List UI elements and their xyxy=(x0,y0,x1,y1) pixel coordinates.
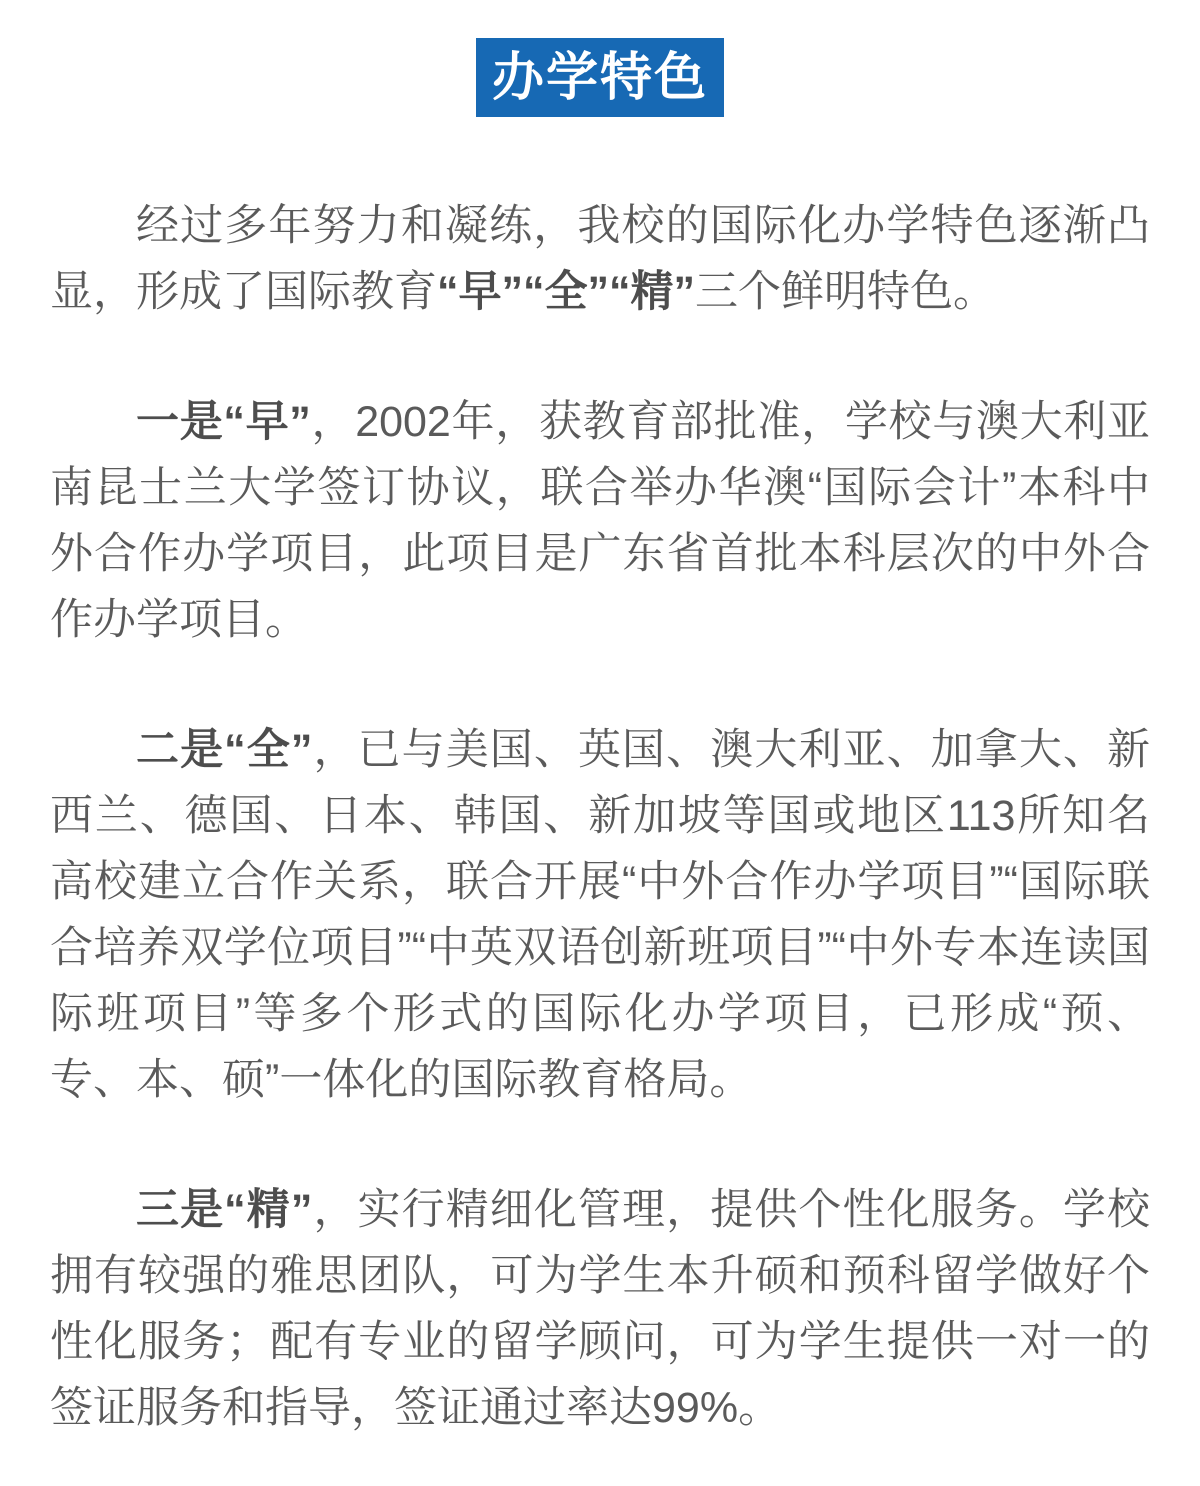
paragraph: 二是“全”，已与美国、英国、澳大利亚、加拿大、新西兰、德国、日本、韩国、新加坡等… xyxy=(50,717,1150,1113)
title-badge-label: 办学特色 xyxy=(492,49,708,107)
text-segment-bold: 三是“精” xyxy=(136,1186,312,1234)
title-badge: 办学特色 xyxy=(476,38,724,117)
article-page: 办学特色 经过多年努力和凝练，我校的国际化办学特色逐渐凸显，形成了国际教育“早”… xyxy=(0,0,1200,1486)
text-segment: ，已与美国、英国、澳大利亚、加拿大、新西兰、德国、日本、韩国、新加坡等国或地区1… xyxy=(50,726,1150,1104)
text-segment-bold: 二是“全” xyxy=(136,726,312,774)
paragraph: 一是“早”，2002年，获教育部批准，学校与澳大利亚南昆士兰大学签订协议，联合举… xyxy=(50,389,1150,653)
paragraph: 三是“精”，实行精细化管理，提供个性化服务。学校拥有较强的雅思团队，可为学生本升… xyxy=(50,1177,1150,1441)
article-body: 经过多年努力和凝练，我校的国际化办学特色逐渐凸显，形成了国际教育“早”“全”“精… xyxy=(50,193,1150,1441)
text-segment: 三个鲜明特色。 xyxy=(695,268,996,316)
paragraph: 经过多年努力和凝练，我校的国际化办学特色逐渐凸显，形成了国际教育“早”“全”“精… xyxy=(50,193,1150,325)
text-segment-bold: 一是“早” xyxy=(136,398,311,446)
text-segment-bold: “早”“全”“精” xyxy=(437,268,695,316)
